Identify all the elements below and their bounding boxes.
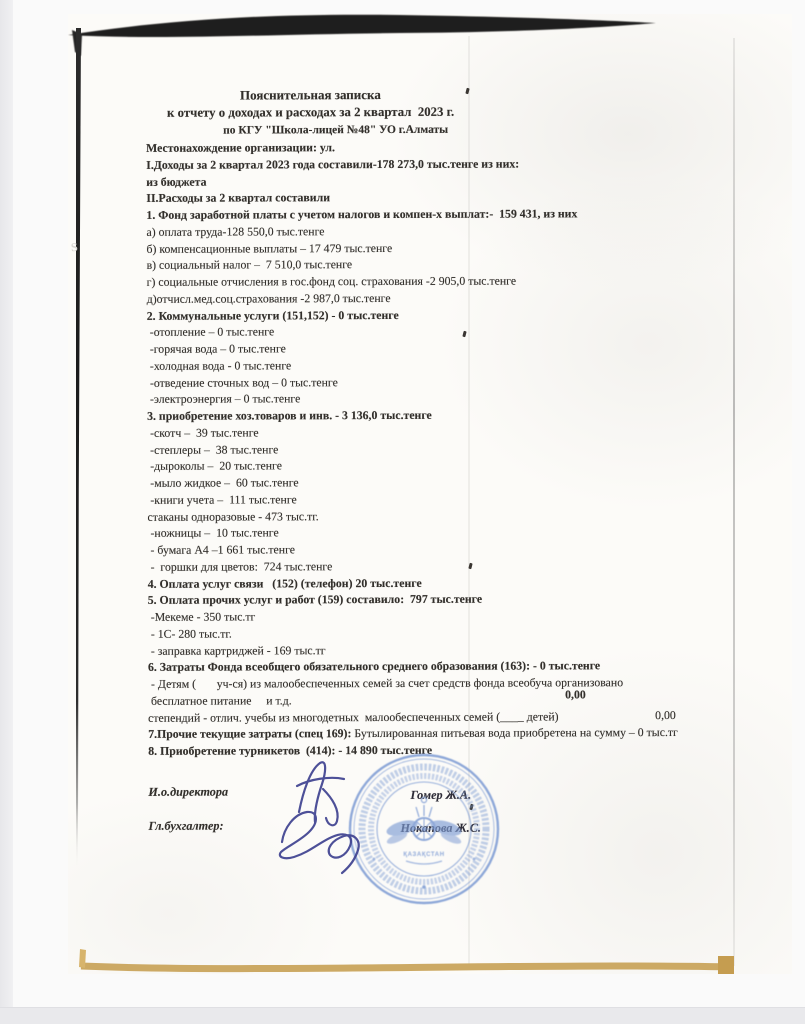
accountant-ink-signature [280, 812, 359, 873]
handwritten-signatures [0, 0, 805, 1024]
scanned-document-photo: S Пояснительная записка к отчету о доход… [0, 0, 805, 1024]
